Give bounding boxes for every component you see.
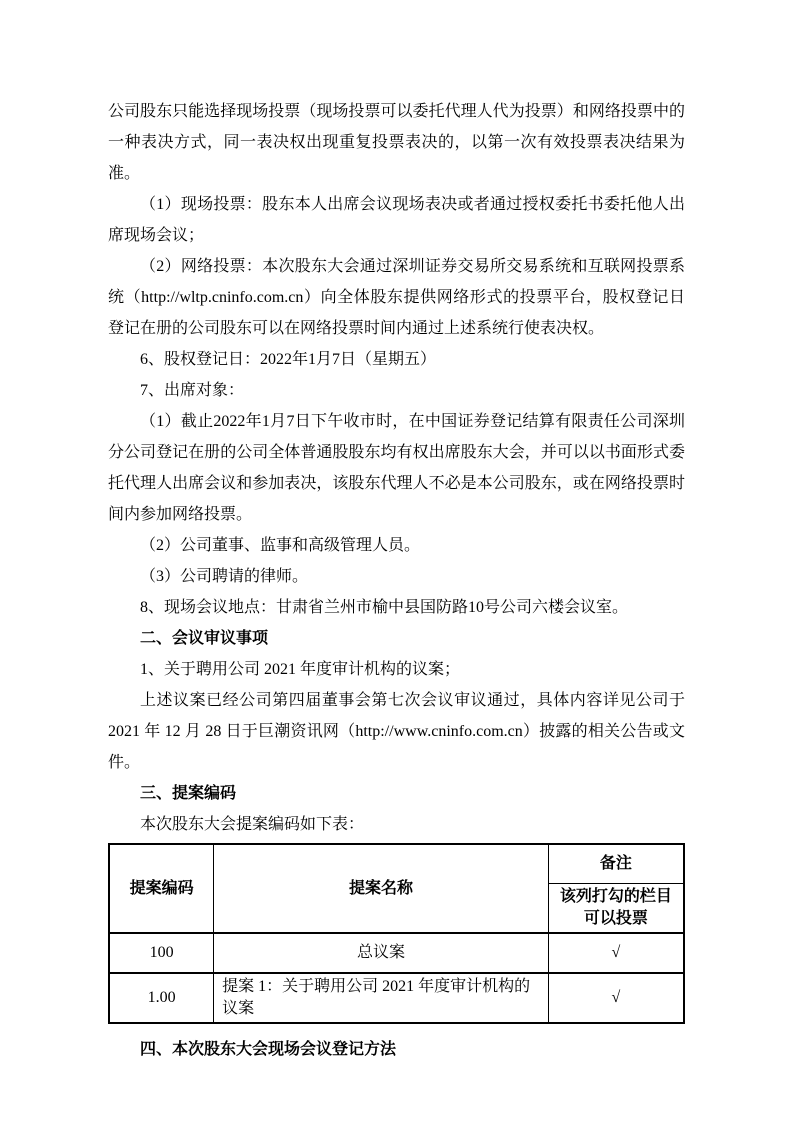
cell-proposal-checkmark: √	[548, 933, 684, 973]
section-heading-proposal-codes: 三、提案编码	[108, 778, 685, 809]
table-header-proposal-name: 提案名称	[214, 844, 549, 933]
cell-proposal-name: 总议案	[214, 933, 549, 973]
paragraph-table-intro: 本次股东大会提案编码如下表：	[108, 809, 685, 840]
paragraph-attendees-title: 7、出席对象：	[108, 375, 685, 406]
table-header-proposal-code: 提案编码	[109, 844, 214, 933]
paragraph-online-voting: （2）网络投票：本次股东大会通过深圳证券交易所交易系统和互联网投票系统（http…	[108, 251, 685, 344]
paragraph-meeting-venue: 8、现场会议地点：甘肃省兰州市榆中县国防路10号公司六楼会议室。	[108, 592, 685, 623]
cell-proposal-code: 1.00	[109, 973, 214, 1023]
paragraph-onsite-voting: （1）现场投票：股东本人出席会议现场表决或者通过授权委托书委托他人出席现场会议；	[108, 189, 685, 251]
paragraph-attendees-lawyers: （3）公司聘请的律师。	[108, 561, 685, 592]
paragraph-attendees-directors: （2）公司董事、监事和高级管理人员。	[108, 530, 685, 561]
section-heading-registration-method: 四、本次股东大会现场会议登记方法	[108, 1034, 685, 1065]
document-body: 公司股东只能选择现场投票（现场投票可以委托代理人代为投票）和网络投票中的一种表决…	[108, 96, 685, 1065]
paragraph-attendees-shareholders: （1）截止2022年1月7日下午收市时，在中国证券登记结算有限责任公司深圳分公司…	[108, 406, 685, 530]
paragraph-voting-method: 公司股东只能选择现场投票（现场投票可以委托代理人代为投票）和网络投票中的一种表决…	[108, 96, 685, 189]
proposal-code-table: 提案编码 提案名称 备注 该列打勾的栏目可以投票 100 总议案 √ 1.00 …	[108, 843, 685, 1024]
paragraph-board-approval: 上述议案已经公司第四届董事会第七次会议审议通过，具体内容详见公司于 2021 年…	[108, 685, 685, 778]
table-row: 100 总议案 √	[109, 933, 684, 973]
document-page: 公司股东只能选择现场投票（现场投票可以委托代理人代为投票）和网络投票中的一种表决…	[0, 0, 793, 1122]
table-row: 1.00 提案 1：关于聘用公司 2021 年度审计机构的议案 √	[109, 973, 684, 1023]
cell-proposal-name: 提案 1：关于聘用公司 2021 年度审计机构的议案	[214, 973, 549, 1023]
cell-proposal-checkmark: √	[548, 973, 684, 1023]
cell-proposal-code: 100	[109, 933, 214, 973]
table-header-remark-sub: 该列打勾的栏目可以投票	[548, 884, 684, 934]
paragraph-proposal-audit: 1、关于聘用公司 2021 年度审计机构的议案；	[108, 654, 685, 685]
paragraph-record-date: 6、股权登记日：2022年1月7日（星期五）	[108, 344, 685, 375]
table-header-remark: 备注	[548, 844, 684, 884]
section-heading-deliberation-items: 二、会议审议事项	[108, 623, 685, 654]
